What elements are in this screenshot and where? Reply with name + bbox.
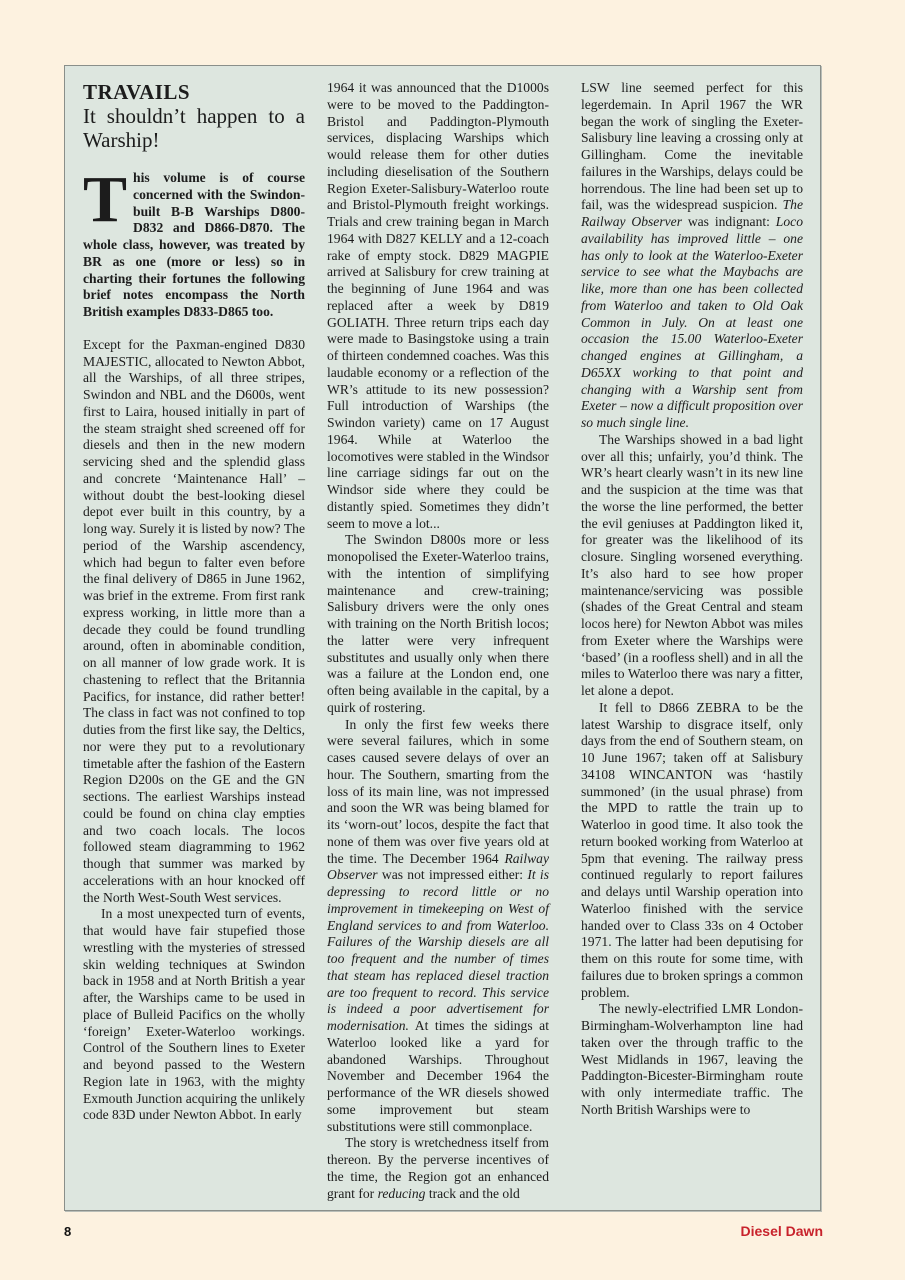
paragraph: The Swindon D800s more or less monopolis… bbox=[327, 532, 549, 716]
article-panel: TRAVAILS It shouldn’t happen to a Warshi… bbox=[64, 65, 821, 1211]
paragraph: The Warships showed in a bad light over … bbox=[581, 432, 803, 700]
emphasis: reducing bbox=[378, 1186, 426, 1201]
quotation: Loco availability has improved little – … bbox=[581, 214, 803, 430]
paragraph: The newly-electrified LMR London-Birming… bbox=[581, 1001, 803, 1118]
quotation: It is depressing to record little or no … bbox=[327, 867, 549, 1033]
publication-title: Diesel Dawn bbox=[741, 1223, 823, 1239]
paragraph: LSW line seemed perfect for this legerde… bbox=[581, 80, 803, 432]
paragraph: 1964 it was announced that the D1000s we… bbox=[327, 80, 549, 532]
article-title: It shouldn’t happen to a Warship! bbox=[83, 104, 305, 152]
paragraph: Except for the Paxman-engined D830 MAJES… bbox=[83, 337, 305, 907]
column-1: TRAVAILS It shouldn’t happen to a Warshi… bbox=[83, 80, 305, 1124]
intro-paragraph: This volume is of course concerned with … bbox=[83, 170, 305, 321]
column-2: 1964 it was announced that the D1000s we… bbox=[327, 80, 549, 1202]
paragraph: The story is wretchedness itself from th… bbox=[327, 1135, 549, 1202]
paragraph: In a most unexpected turn of events, tha… bbox=[83, 906, 305, 1124]
article-kicker: TRAVAILS bbox=[83, 80, 305, 104]
paragraph: It fell to D866 ZEBRA to be the latest W… bbox=[581, 700, 803, 1002]
page-number: 8 bbox=[64, 1224, 71, 1239]
article-heading: TRAVAILS It shouldn’t happen to a Warshi… bbox=[83, 80, 305, 152]
paragraph: In only the first few weeks there were s… bbox=[327, 717, 549, 1136]
drop-cap: T bbox=[83, 174, 127, 226]
column-3: LSW line seemed perfect for this legerde… bbox=[581, 80, 803, 1119]
